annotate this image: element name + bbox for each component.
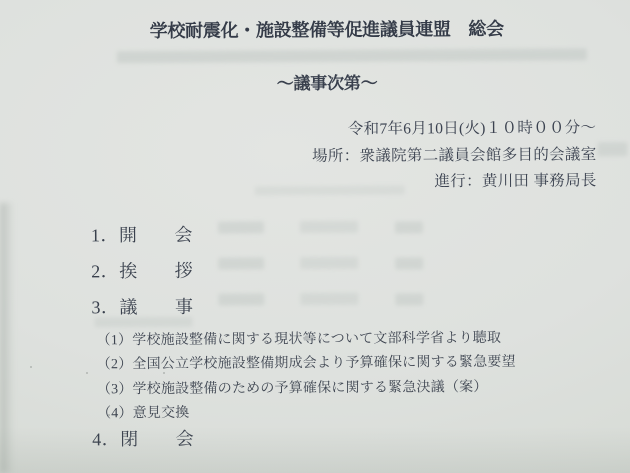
agenda-item-closing: 4．閉 会	[92, 425, 194, 452]
sub-item-2: （2）全国公立学校施設整備期成会より予算確保に関する緊急要望	[97, 351, 516, 378]
meeting-location: 場所：衆議院第二議員会館多目的会議室	[312, 142, 597, 170]
bleed-through-line	[117, 48, 587, 63]
meeting-datetime: 令和7年6月10日(火)１０時００分～	[312, 115, 597, 143]
document-subtitle: ～議事次第～	[0, 67, 629, 96]
meeting-meta: 令和7年6月10日(火)１０時００分～ 場所：衆議院第二議員会館多目的会議室 進…	[312, 115, 597, 196]
paper-sheet: 学校耐震化・施設整備等促進議員連盟 総会 ～議事次第～ 令和7年6月10日(火)…	[0, 0, 630, 473]
agenda-item-greetings: 2．挨 拶	[91, 257, 193, 284]
agenda-document-photo: 学校耐震化・施設整備等促進議員連盟 総会 ～議事次第～ 令和7年6月10日(火)…	[0, 0, 630, 473]
document-title: 学校耐震化・施設整備等促進議員連盟 総会	[0, 14, 629, 44]
bleed-through-line	[300, 221, 358, 233]
meeting-facilitator: 進行：黄川田 事務局長	[312, 168, 597, 196]
bleed-through-line	[395, 221, 423, 233]
bleed-through-line	[395, 257, 423, 269]
bleed-through-line	[597, 142, 627, 156]
bleed-through-line	[218, 257, 264, 269]
bleed-through-line	[218, 293, 264, 305]
sub-item-4: （4）意見交換	[97, 400, 516, 427]
proceedings-sub-items: （1）学校施設整備に関する現状等について文部科学省より聴取 （2）全国公立学校施…	[97, 327, 517, 427]
agenda-item-opening: 1．開 会	[91, 221, 193, 248]
sub-item-1: （1）学校施設整備に関する現状等について文部科学省より聴取	[97, 327, 516, 354]
bleed-through-line	[395, 293, 423, 305]
agenda-item-proceedings: 3．議 事	[91, 293, 193, 320]
bleed-through-line	[218, 221, 264, 233]
bleed-through-line	[300, 293, 358, 305]
sub-item-3: （3）学校施設整備のための予算確保に関する緊急決議（案）	[97, 375, 516, 402]
bleed-through-line	[300, 257, 358, 269]
